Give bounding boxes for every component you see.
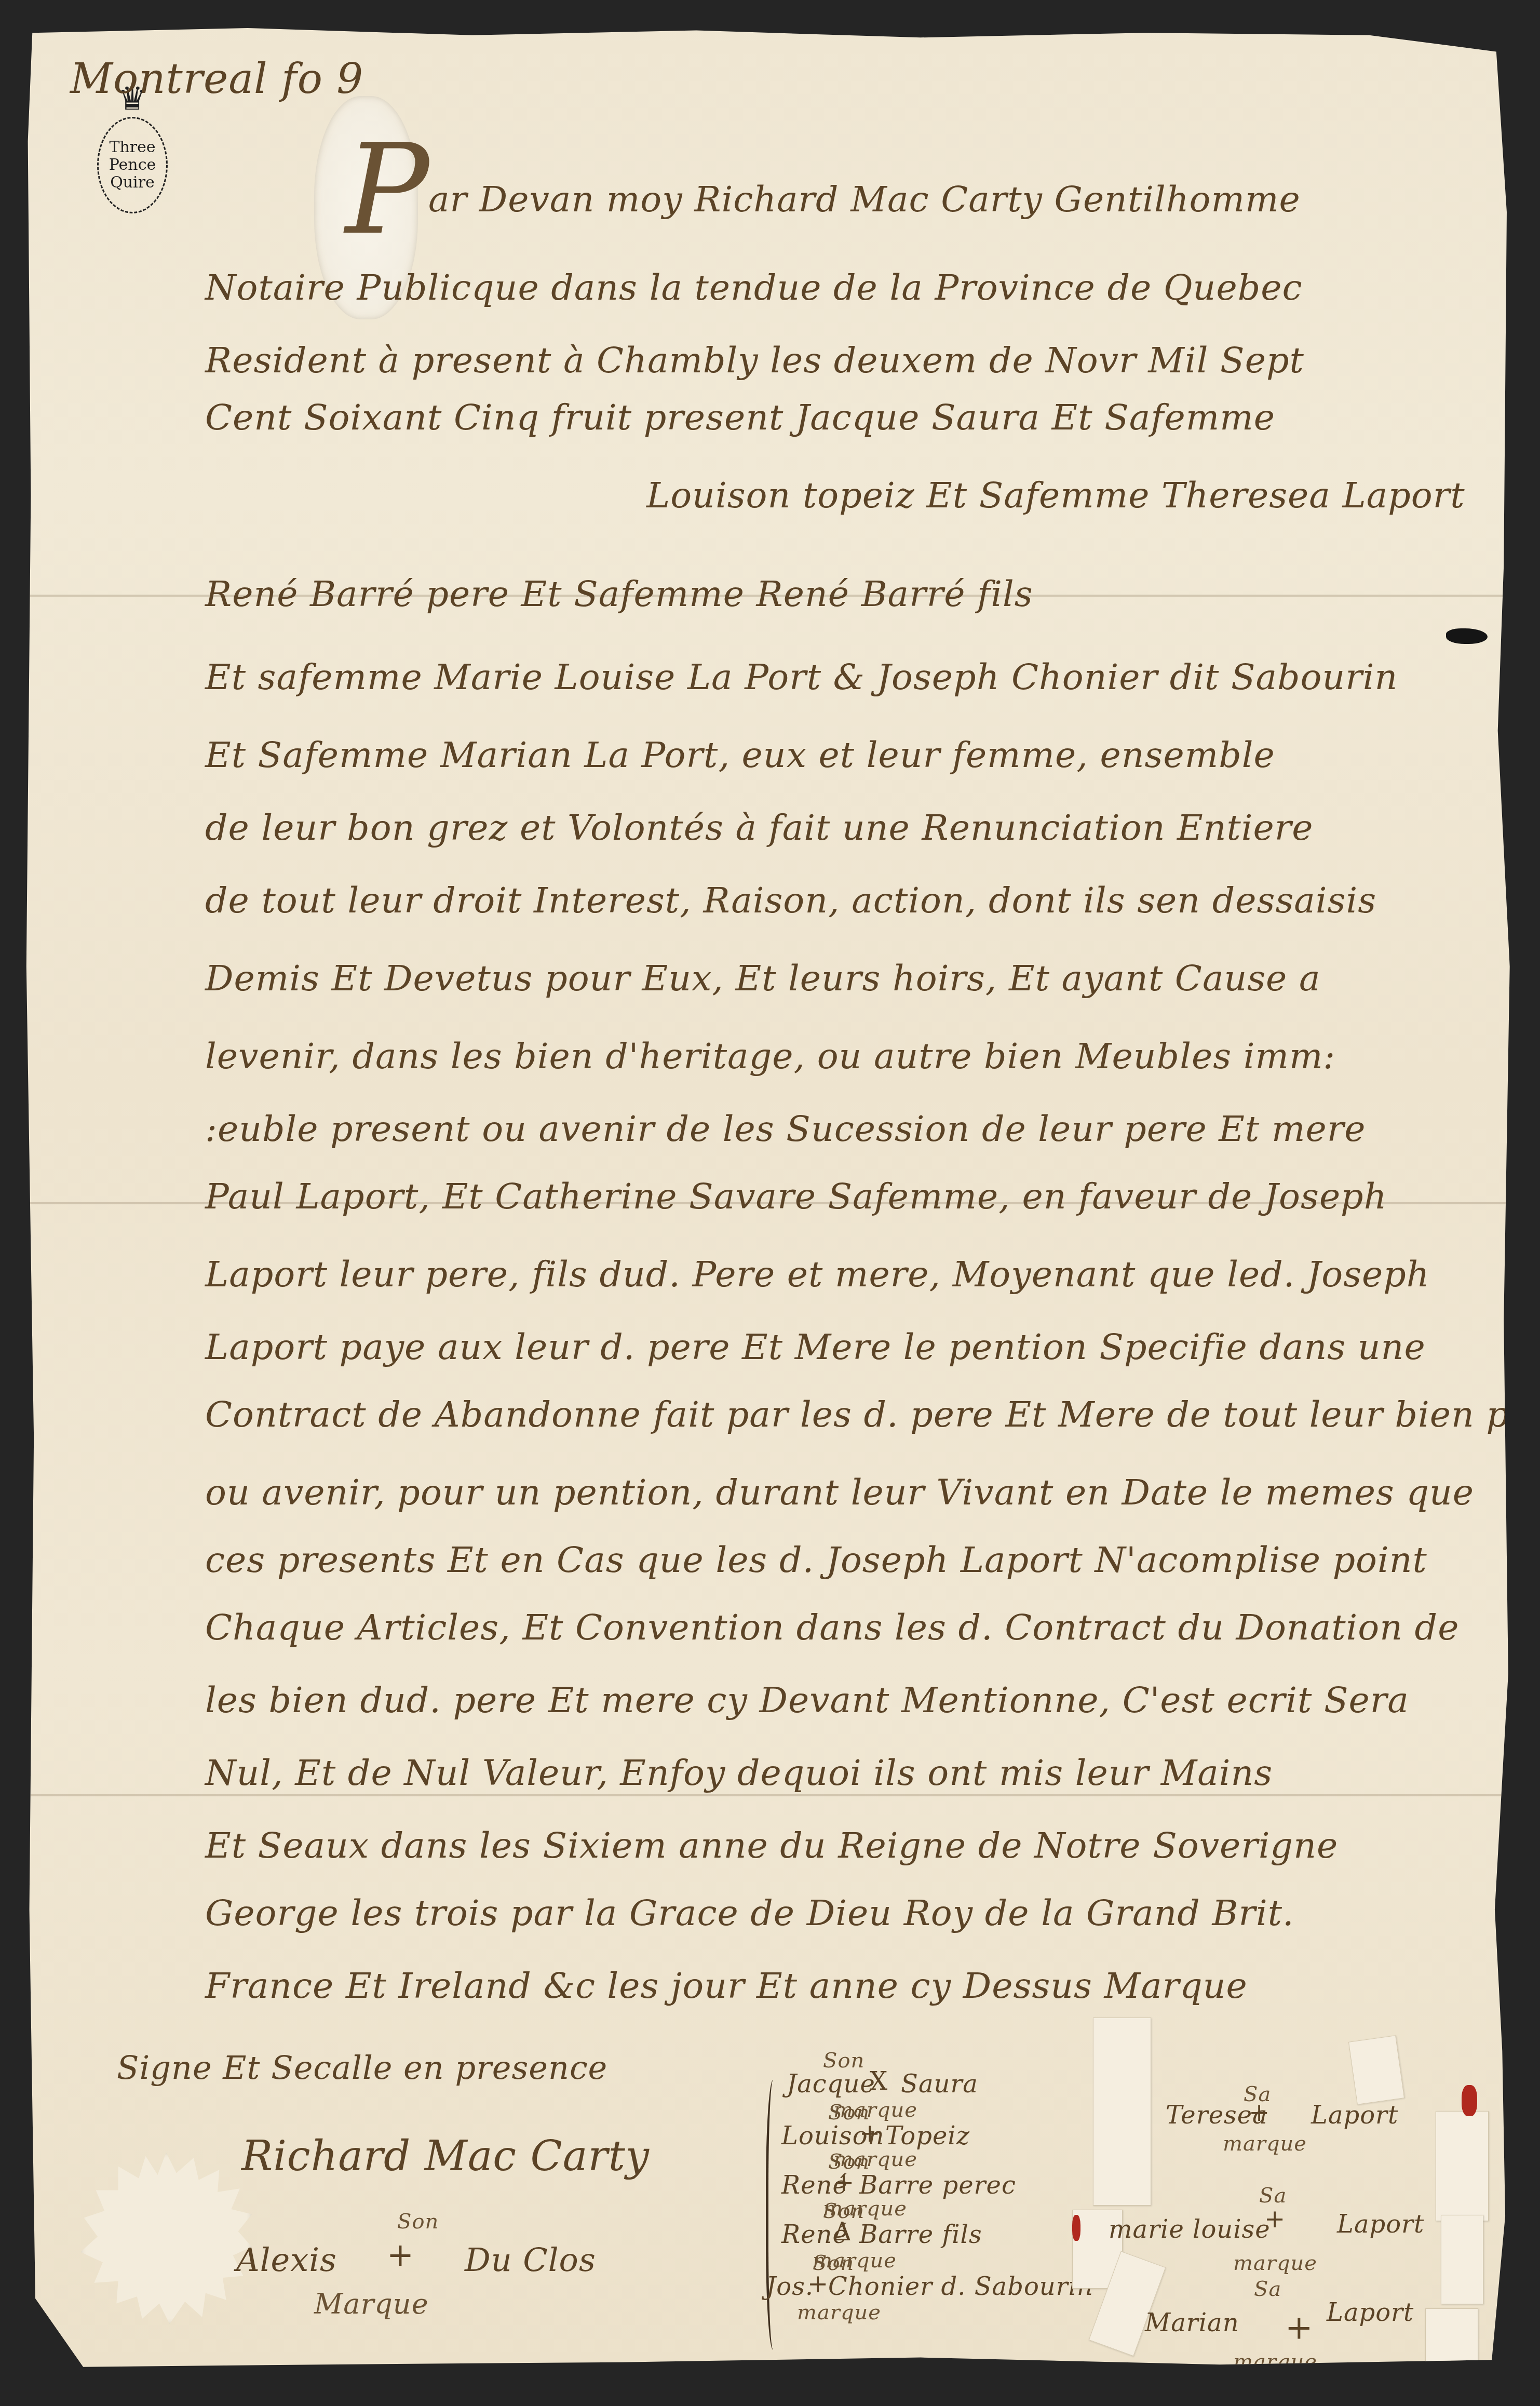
body-line: ou avenir, pour un pention, durant leur …	[205, 1472, 1474, 1513]
stamp-line: Three	[109, 139, 155, 156]
body-line: levenir, dans les bien d'heritage, ou au…	[205, 1036, 1335, 1077]
body-line: Louison topeiz Et Safemme Theresea Lapor…	[646, 475, 1465, 516]
body-line: Nul, Et de Nul Valeur, Enfoy dequoi ils …	[205, 1753, 1273, 1794]
body-line: Demis Et Devetus pour Eux, Et leurs hoir…	[205, 958, 1321, 999]
notary-signature: Richard Mac Carty	[241, 2132, 650, 2180]
red-wax-seal-icon	[1462, 2085, 1477, 2116]
attached-paper-tab	[1441, 2215, 1483, 2304]
body-line: les bien dud. pere Et mere cy Devant Men…	[205, 1680, 1409, 1721]
body-line: France Et Ireland &c les jour Et anne cy…	[205, 1966, 1248, 2007]
witness-first: Alexis	[236, 2241, 337, 2279]
body-line: ces presents Et en Cas que les d. Joseph…	[205, 1540, 1427, 1581]
body-line: René Barré pere Et Safemme René Barré fi…	[205, 574, 1033, 615]
body-line: Laport paye aux leur d. pere Et Mere le …	[205, 1327, 1426, 1368]
body-line: Resident à present à Chambly les deuxem …	[205, 340, 1304, 381]
opening-initial: P	[345, 127, 429, 252]
witness-below: Marque	[314, 2288, 429, 2320]
attached-paper-tab	[1093, 2018, 1151, 2206]
body-line: George les trois par la Grace de Dieu Ro…	[205, 1893, 1294, 1934]
body-line: Notaire Publicque dans la tendue de la P…	[205, 267, 1303, 308]
body-line: Contract de Abandonne fait par les d. pe…	[205, 1394, 1540, 1435]
attached-paper-tab	[1425, 2308, 1478, 2382]
stamp-line: Quire	[110, 174, 155, 192]
red-wax-seal-icon	[1072, 2215, 1080, 2241]
witness-above: Son	[397, 2210, 439, 2234]
paper-tear	[1446, 628, 1488, 644]
body-line: Cent Soixant Cinq fruit present Jacque S…	[205, 397, 1275, 438]
stamp-oval: Three Pence Quire	[97, 117, 168, 213]
witness-mark: +	[387, 2236, 414, 2274]
body-line: Laport leur pere, fils dud. Pere et mere…	[205, 1254, 1430, 1295]
margin-note: Montreal fo 9	[70, 55, 363, 103]
body-line: de leur bon grez et Volontés à fait une …	[205, 808, 1314, 849]
attached-paper-tab	[1436, 2111, 1489, 2221]
stamp-line: Pence	[109, 156, 156, 174]
body-line: de tout leur droit Interest, Raison, act…	[205, 880, 1376, 921]
fold-line	[23, 1794, 1519, 1796]
body-line: :euble present ou avenir de les Sucessio…	[205, 1109, 1366, 1150]
attached-paper-tab	[1348, 2035, 1404, 2105]
body-line: Et Seaux dans les Sixiem anne du Reigne …	[205, 1825, 1338, 1866]
witness-last: Du Clos	[465, 2241, 596, 2279]
signed-in-presence: Signe Et Secalle en presence	[117, 2049, 607, 2087]
body-line: Paul Laport, Et Catherine Savare Safemme…	[205, 1176, 1387, 1217]
embossed-paper-seal-icon	[80, 2153, 252, 2324]
body-line: ar Devan moy Richard Mac Carty Gentilhom…	[428, 179, 1301, 220]
body-line: Et safemme Marie Louise La Port & Joseph…	[205, 657, 1398, 698]
body-line: Chaque Articles, Et Convention dans les …	[205, 1607, 1459, 1648]
brace-icon	[766, 2080, 784, 2350]
body-line: Et Safemme Marian La Port, eux et leur f…	[205, 735, 1275, 776]
manuscript-page: ♛ Three Pence Quire Montreal fo 9 P ar D…	[23, 23, 1519, 2381]
